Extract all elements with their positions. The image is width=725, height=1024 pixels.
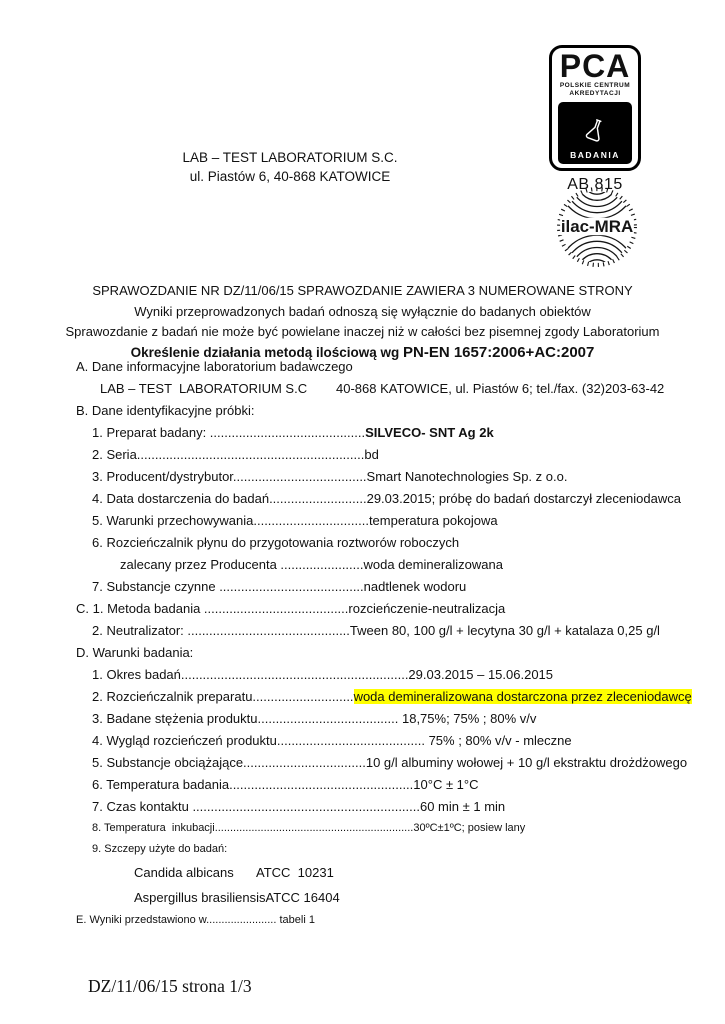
item-d6: 6. Temperatura badania..................… [76, 774, 711, 796]
line-text: zalecany przez Producenta ..............… [120, 557, 503, 572]
line-text: 3. Badane stężenia produktu.............… [92, 711, 536, 726]
line-text: E. Wyniki przedstawiono w...............… [76, 914, 315, 926]
pca-badania-box: BADANIA [558, 102, 632, 164]
item-b1: 1. Preparat badany: ....................… [76, 422, 711, 444]
highlighted-value: woda demineralizowana dostarczona przez … [354, 689, 692, 704]
accreditation-block: PCA POLSKIE CENTRUM AKREDYTACJI BADANIA … [545, 45, 645, 194]
strain-code: ATCC 16404 [266, 890, 340, 905]
strain-code: ATCC 10231 [256, 865, 334, 880]
line-text: C. 1. Metoda badania ...................… [76, 601, 505, 616]
line-text: 2. Neutralizator: ......................… [92, 623, 660, 638]
line-text: 1. Preparat badany: ....................… [92, 425, 365, 440]
report-title-line3: Sprawozdanie z badań nie może być powiel… [0, 322, 725, 343]
lab-info-line: LAB – TEST LABORATORIUM S.C 40-868 KATOW… [76, 378, 711, 400]
item-d2: 2. Rozcieńczalnik preparatu.............… [76, 686, 711, 708]
line-text: 9. Szczepy użyte do badań: [92, 843, 227, 855]
strain-row: Candida albicansATCC 10231 [76, 860, 711, 885]
line-text: A. Dane informacyjne laboratorium badawc… [76, 359, 353, 374]
item-d7: 7. Czas kontaktu .......................… [76, 796, 711, 818]
section-a-heading: A. Dane informacyjne laboratorium badawc… [76, 356, 711, 378]
item-d4: 4. Wygląd rozcieńczeń produktu..........… [76, 730, 711, 752]
item-d8: 8. Temperatura inkubacji................… [76, 818, 711, 839]
item-b4: 4. Data dostarczenia do badań...........… [76, 488, 711, 510]
line-text: 7. Substancje czynne ...................… [92, 579, 466, 594]
item-b5: 5. Warunki przechowywania...............… [76, 510, 711, 532]
page-footer: DZ/11/06/15 strona 1/3 [88, 976, 252, 997]
item-c1: C. 1. Metoda badania ...................… [76, 598, 711, 620]
report-header: SPRAWOZDANIE NR DZ/11/06/15 SPRAWOZDANIE… [0, 281, 725, 363]
pca-subtitle-line2: AKREDYTACJI [552, 90, 638, 98]
item-b2: 2. Seria................................… [76, 444, 711, 466]
line-text: 4. Wygląd rozcieńczeń produktu..........… [92, 733, 572, 748]
item-b7: 7. Substancje czynne ...................… [76, 576, 711, 598]
line-text: 1. Okres badań..........................… [92, 667, 553, 682]
section-b-heading: B. Dane identyfikacyjne próbki: [76, 400, 711, 422]
line-text: D. Warunki badania: [76, 645, 193, 660]
item-b6-continuation: zalecany przez Producenta ..............… [76, 554, 711, 576]
strain-row: Aspergillus brasiliensisATCC 16404 [76, 885, 711, 910]
flask-icon [578, 114, 612, 150]
body-lines: A. Dane informacyjne laboratorium badawc… [76, 356, 711, 931]
pca-acronym: PCA [552, 51, 638, 81]
line-text: 5. Warunki przechowywania...............… [92, 513, 498, 528]
ilac-mra-icon: ilac-MRA [556, 186, 638, 268]
item-d5: 5. Substancje obciążające...............… [76, 752, 711, 774]
item-b3: 3. Producent/dystrybutor................… [76, 466, 711, 488]
line-text: 8. Temperatura inkubacji................… [92, 822, 525, 834]
line-text: 4. Data dostarczenia do badań...........… [92, 491, 681, 506]
pca-badania-label: BADANIA [570, 150, 620, 160]
section-d-heading: D. Warunki badania: [76, 642, 711, 664]
bold-value: SILVECO- SNT Ag 2k [365, 425, 494, 440]
ilac-mra-stamp: ilac-MRA [556, 186, 638, 268]
line-text: 3. Producent/dystrybutor................… [92, 469, 567, 484]
line-text: 6. Temperatura badania..................… [92, 777, 479, 792]
strain-name: Aspergillus brasiliensis [134, 885, 266, 910]
item-c2: 2. Neutralizator: ......................… [76, 620, 711, 642]
report-title-line1: SPRAWOZDANIE NR DZ/11/06/15 SPRAWOZDANIE… [0, 281, 725, 302]
item-d1: 1. Okres badań..........................… [76, 664, 711, 686]
item-d9: 9. Szczepy użyte do badań: [76, 839, 711, 860]
item-d3: 3. Badane stężenia produktu.............… [76, 708, 711, 730]
item-b6: 6. Rozcieńczalnik płynu do przygotowania… [76, 532, 711, 554]
pca-badge: PCA POLSKIE CENTRUM AKREDYTACJI BADANIA [549, 45, 641, 171]
line-text: LAB – TEST LABORATORIUM S.C 40-868 KATOW… [100, 381, 664, 396]
line-text: 5. Substancje obciążające...............… [92, 755, 687, 770]
lab-name: LAB – TEST LABORATORIUM S.C. [0, 148, 580, 167]
ilac-mra-text: ilac-MRA [561, 217, 633, 236]
lab-address: ul. Piastów 6, 40-868 KATOWICE [0, 167, 580, 186]
lab-header: LAB – TEST LABORATORIUM S.C. ul. Piastów… [0, 148, 580, 186]
strain-name: Candida albicans [134, 860, 256, 885]
line-text: B. Dane identyfikacyjne próbki: [76, 403, 254, 418]
line-text: 2. Seria................................… [92, 447, 379, 462]
pca-subtitle: POLSKIE CENTRUM AKREDYTACJI [552, 82, 638, 98]
section-e-line: E. Wyniki przedstawiono w...............… [76, 910, 711, 931]
pca-subtitle-line1: POLSKIE CENTRUM [552, 82, 638, 90]
line-text: 7. Czas kontaktu .......................… [92, 799, 505, 814]
document-page: LAB – TEST LABORATORIUM S.C. ul. Piastów… [0, 0, 725, 1024]
report-title-line2: Wyniki przeprowadzonych badań odnoszą si… [0, 302, 725, 323]
line-text: 6. Rozcieńczalnik płynu do przygotowania… [92, 535, 459, 550]
line-text: 2. Rozcieńczalnik preparatu.............… [92, 689, 354, 704]
